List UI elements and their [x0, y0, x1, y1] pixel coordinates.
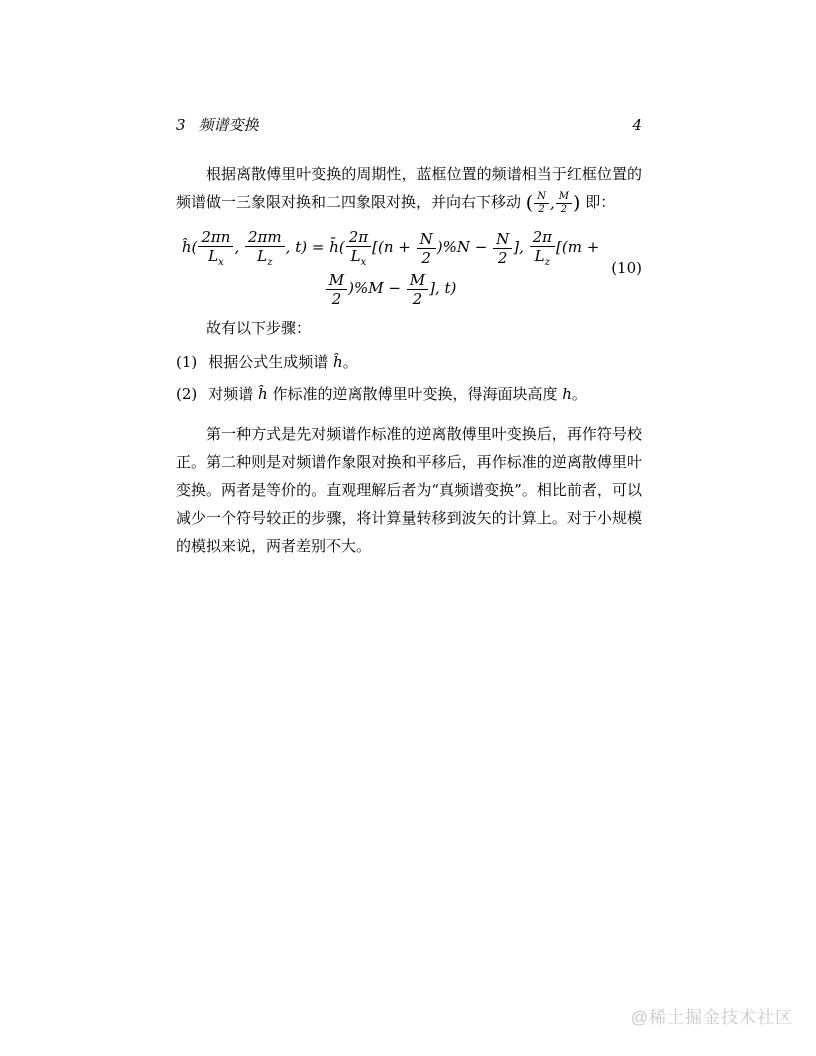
- den-base: L: [208, 247, 218, 265]
- frac-denominator: 2: [326, 290, 347, 308]
- frac-denominator: 2: [556, 204, 572, 216]
- item-text-segment: 。: [572, 385, 587, 403]
- den-base: L: [535, 247, 545, 265]
- den-subscript: z: [267, 257, 272, 268]
- frac-numerator: 2π: [346, 228, 371, 247]
- frac-numerator: 2πn: [198, 228, 233, 247]
- frac-denominator: Lz: [530, 247, 555, 268]
- list-item-label: (2): [176, 380, 197, 408]
- text-column: 3频谱变换 4 根据离散傅里叶变换的周期性，蓝框位置的频谱相当于红框位置的频谱做…: [176, 116, 642, 560]
- page-header: 3频谱变换 4: [176, 116, 642, 134]
- frac-denominator: 2: [407, 290, 428, 308]
- den-base: L: [257, 247, 267, 265]
- frac-numerator: M: [556, 191, 572, 204]
- fraction-N-over-2: N2: [493, 230, 512, 267]
- equation-number: (10): [611, 259, 642, 277]
- frac-denominator: Lz: [245, 247, 285, 268]
- fraction-M-over-2: M2: [556, 191, 572, 216]
- section-number: 3: [176, 116, 186, 134]
- den-subscript: x: [361, 257, 367, 268]
- paren-open: (: [526, 189, 533, 217]
- paren-close: ): [573, 189, 580, 217]
- eq-mod-N-minus: )%N −: [437, 238, 488, 256]
- fraction-N-over-2: N2: [417, 230, 436, 267]
- document-page: 3频谱变换 4 根据离散傅里叶变换的周期性，蓝框位置的频谱相当于红框位置的频谱做…: [0, 0, 816, 1056]
- math-h-hat: ĥ: [258, 385, 268, 403]
- den-base: L: [351, 247, 361, 265]
- frac-denominator: 2: [534, 204, 549, 216]
- display-equation-row: ĥ(2πnLx, 2πmLz, t) = h̄(2πLx[(n + N2)%N …: [176, 227, 642, 308]
- display-equation: ĥ(2πnLx, 2πmLz, t) = h̄(2πLx[(n + N2)%N …: [176, 227, 605, 308]
- den-subscript: x: [218, 257, 224, 268]
- item-text-segment: 对频谱: [208, 385, 258, 403]
- steps-intro: 故有以下步骤：: [176, 314, 642, 342]
- eq-term-n-plus: [(n +: [372, 238, 411, 256]
- math-h: h: [562, 385, 572, 403]
- den-subscript: z: [545, 257, 550, 268]
- frac-denominator: 2: [417, 249, 436, 267]
- frac-numerator: M: [326, 271, 347, 290]
- paragraph-periodicity: 根据离散傅里叶变换的周期性，蓝框位置的频谱相当于红框位置的频谱做一三象限对换和二…: [176, 160, 642, 217]
- frac-numerator: M: [407, 271, 428, 290]
- frac-numerator: 2π: [530, 228, 555, 247]
- paragraph-text-after: 即：: [585, 193, 615, 211]
- fraction-M-over-2: M2: [326, 271, 347, 308]
- eq-equals: =: [312, 238, 325, 256]
- paragraph-discussion: 第一种方式是先对频谱作标准的逆离散傅里叶变换后，再作符号校正。第二种则是对频谱作…: [176, 420, 642, 560]
- list-item-text: 根据公式生成频谱 ĥ。: [208, 348, 642, 376]
- fraction-2pi-over-Lz: 2πLz: [530, 228, 555, 268]
- eq-mod-M-minus: )%M −: [348, 279, 401, 297]
- item-text-segment: 。: [343, 353, 358, 371]
- page-number: 4: [632, 116, 642, 134]
- frac-denominator: Lx: [198, 247, 233, 268]
- eq-bracket-comma: ],: [513, 238, 524, 256]
- eq-rhs-close: ], t): [429, 279, 456, 297]
- frac-numerator: N: [534, 191, 549, 204]
- frac-numerator: N: [493, 230, 512, 249]
- list-item-text: 对频谱 ĥ 作标准的逆离散傅里叶变换，得海面块高度 h。: [208, 380, 642, 408]
- math-h-hat: ĥ: [333, 353, 343, 371]
- section-heading: 3频谱变换: [176, 116, 259, 134]
- fraction-2pi-over-Lx: 2πLx: [346, 228, 371, 268]
- watermark: @稀土掘金技术社区: [631, 1003, 793, 1028]
- frac-denominator: 2: [493, 249, 512, 267]
- inline-math-shift-vector: (N2,M2): [526, 189, 581, 217]
- item-text-segment: 根据公式生成频谱: [208, 353, 333, 371]
- eq-comma: ,: [234, 238, 239, 256]
- frac-numerator: N: [417, 230, 436, 249]
- list-item-label: (1): [176, 348, 197, 376]
- math-comma: ,: [550, 189, 555, 217]
- eq-lhs-close: , t): [286, 238, 307, 256]
- fraction-2pim-over-Lz: 2πmLz: [245, 228, 285, 268]
- section-title: 频谱变换: [199, 116, 259, 134]
- frac-denominator: Lx: [346, 247, 371, 268]
- eq-term-m-plus: [(m +: [556, 238, 599, 256]
- list-item-2: (2) 对频谱 ĥ 作标准的逆离散傅里叶变换，得海面块高度 h。: [176, 380, 642, 408]
- fraction-M-over-2: M2: [407, 271, 428, 308]
- fraction-2pin-over-Lx: 2πnLx: [198, 228, 233, 268]
- eq-rhs-open: h̄(: [329, 238, 345, 256]
- list-item-1: (1) 根据公式生成频谱 ĥ。: [176, 348, 642, 376]
- item-text-segment: 作标准的逆离散傅里叶变换，得海面块高度: [268, 385, 563, 403]
- fraction-N-over-2: N2: [534, 191, 549, 216]
- steps-list: (1) 根据公式生成频谱 ĥ。 (2) 对频谱 ĥ 作标准的逆离散傅里叶变换，得…: [176, 348, 642, 408]
- eq-lhs-open: ĥ(: [182, 238, 198, 256]
- frac-numerator: 2πm: [245, 228, 285, 247]
